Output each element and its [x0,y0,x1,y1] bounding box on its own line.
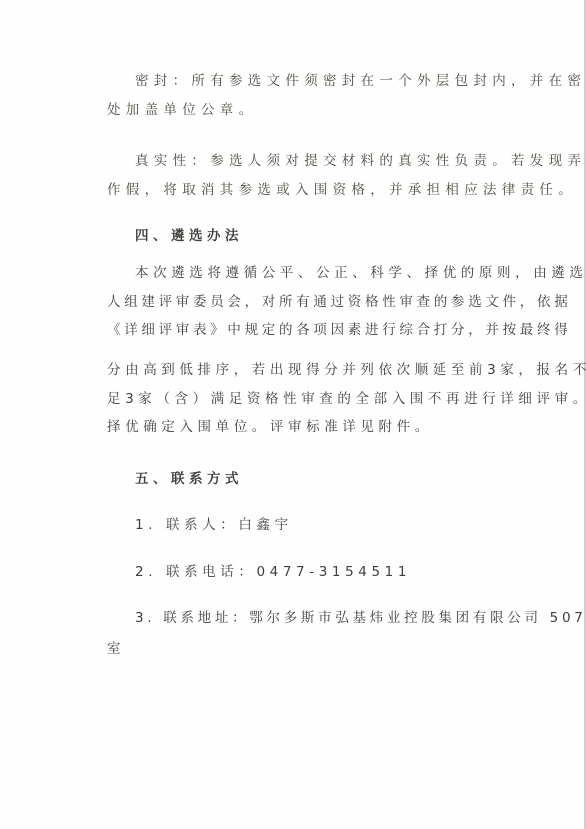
authenticity-paragraph-line-1: 真实性：参选人须对提交材料的真实性负责。若发现弄虚 [135,152,510,170]
contact-address-line-1: 3. 联系地址：鄂尔多斯市弘基炜业控股集团有限公司 507 [135,609,510,627]
sealing-paragraph-line-1: 密封：所有参选文件须密封在一个外层包封内，并在密封 [135,72,510,90]
contact-person: 1. 联系人：白鑫宇 [135,516,510,534]
contact-phone: 2. 联系电话：0477-3154511 [135,563,510,581]
authenticity-paragraph-line-2: 作假，将取消其参选或入围资格，并承担相应法律责任。 [107,181,482,199]
selection-method-line-1: 本次遴选将遵循公平、公正、科学、择优的原则，由遴选 [135,264,510,282]
selection-method-line-2: 人组建评审委员会，对所有通过资格性审查的参选文件，依据 [107,293,482,311]
previous-line-remnant [0,0,586,2]
sealing-paragraph-line-2: 处加盖单位公章。 [107,101,482,119]
selection-method-line-5: 足3家（含）满足资格性审查的全部入围不再进行详细评审。 [107,390,482,408]
selection-method-line-3: 《详细评审表》中规定的各项因素进行综合打分，并按最终得 [107,321,482,339]
document-page: 密封：所有参选文件须密封在一个外层包封内，并在密封 处加盖单位公章。 真实性：参… [0,0,586,829]
section-heading-contact: 五、联系方式 [135,470,510,488]
selection-method-line-6: 择优确定入围单位。评审标准详见附件。 [107,418,482,436]
contact-address-line-2: 室 [107,640,482,658]
selection-method-line-4: 分由高到低排序，若出现得分并列依次顺延至前3家，报名不 [107,361,482,379]
section-heading-selection-method: 四、遴选办法 [135,227,510,245]
